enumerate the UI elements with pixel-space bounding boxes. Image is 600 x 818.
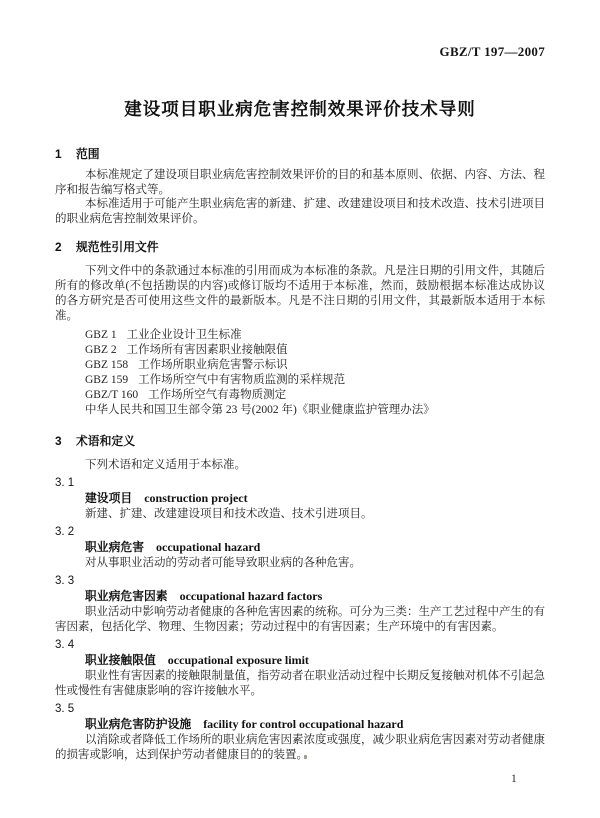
term-name-zh: 职业病危害防护设施 <box>85 717 191 731</box>
section-3-heading: 3术语和定义 <box>55 434 545 449</box>
reference-item: GBZ/T 160工作场所空气有毒物质测定 <box>55 388 545 403</box>
section-1-number: 1 <box>55 147 76 162</box>
reference-item: GBZ 158工作场所职业病危害警示标识 <box>55 358 545 373</box>
reference-list: GBZ 1工业企业设计卫生标准 GBZ 2工作场所有害因素职业接触限值 GBZ … <box>55 328 545 418</box>
term-number: 3. 3 <box>55 574 545 589</box>
section-2-title: 规范性引用文件 <box>76 240 159 254</box>
standard-code: GBZ/T 197—2007 <box>440 44 545 60</box>
reference-title: 工作场所有害因素职业接触限值 <box>127 344 288 356</box>
term-heading: 职业病危害因素occupational hazard factors <box>55 589 545 605</box>
term-name-en: occupational exposure limit <box>168 653 309 667</box>
reference-title: 工作场所空气有毒物质测定 <box>148 389 286 401</box>
reference-title: 《职业健康监护管理办法》 <box>297 404 435 416</box>
section-1-heading: 1范围 <box>55 147 545 162</box>
term-definition: 新建、扩建、改建建设项目和技术改造、技术引进项目。 <box>55 507 545 522</box>
section-2-heading: 2规范性引用文件 <box>55 240 545 255</box>
term-name-zh: 职业病危害因素 <box>85 589 168 603</box>
term-definition: 职业性有害因素的接触限制量值，指劳动者在职业活动过程中长期反复接触对机体不引起急… <box>55 669 545 699</box>
section-2-intro: 下列文件中的条款通过本标准的引用而成为本标准的条款。凡是注日期的引用文件，其随后… <box>55 264 545 324</box>
term-number: 3. 4 <box>55 638 545 653</box>
reference-code: 中华人民共和国卫生部令第 23 号(2002 年) <box>85 404 297 416</box>
section-1-paragraph-2: 本标准适用于可能产生职业病危害的新建、扩建、改建建设项目和技术改造、技术引进项目… <box>55 197 545 227</box>
reference-code: GBZ 2 <box>85 344 117 356</box>
term-heading: 建设项目construction project <box>55 491 545 507</box>
term-name-zh: 职业病危害 <box>85 540 144 554</box>
reference-item: GBZ 1工业企业设计卫生标准 <box>55 328 545 343</box>
section-1-paragraph-1: 本标准规定了建设项目职业病危害控制效果评价的目的和基本原则、依据、内容、方法、程… <box>55 168 545 198</box>
reference-code: GBZ 159 <box>85 374 128 386</box>
section-1-title: 范围 <box>76 147 100 161</box>
term-definition: 职业活动中影响劳动者健康的各种危害因素的统称。可分为三类：生产工艺过程中产生的有… <box>55 605 545 635</box>
term-name-zh: 职业接触限值 <box>85 653 156 667</box>
reference-item: GBZ 2工作场所有害因素职业接触限值 <box>55 343 545 358</box>
term-name-en: occupational hazard <box>156 540 260 554</box>
page-number: 1 <box>511 773 517 785</box>
reference-title: 工业企业设计卫生标准 <box>127 329 242 341</box>
term-name-en: facility for control occupational hazard <box>203 717 403 731</box>
term-heading: 职业病危害防护设施facility for control occupation… <box>55 717 545 733</box>
reference-item: GBZ 159工作场所空气中有害物质监测的采样规范 <box>55 373 545 388</box>
term-heading: 职业接触限值occupational exposure limit <box>55 653 545 669</box>
document-body: 1范围 本标准规定了建设项目职业病危害控制效果评价的目的和基本原则、依据、内容、… <box>55 145 545 763</box>
term-definition: 对从事职业活动的劳动者可能导致职业病的各种危害。 <box>55 556 545 571</box>
term-name-en: construction project <box>144 491 247 505</box>
section-3-number: 3 <box>55 434 76 449</box>
reference-code: GBZ 1 <box>85 329 117 341</box>
reference-code: GBZ/T 160 <box>85 389 138 401</box>
reference-title: 工作场所职业病危害警示标识 <box>138 359 288 371</box>
term-definition: 以消除或者降低工作场所的职业病危害因素浓度或强度，减少职业病危害因素对劳动者健康… <box>55 733 545 763</box>
term-heading: 职业病危害occupational hazard <box>55 540 545 556</box>
reference-title: 工作场所空气中有害物质监测的采样规范 <box>138 374 345 386</box>
reference-item: 中华人民共和国卫生部令第 23 号(2002 年)《职业健康监护管理办法》 <box>55 403 545 418</box>
term-name-en: occupational hazard factors <box>180 589 323 603</box>
reference-code: GBZ 158 <box>85 359 128 371</box>
document-title: 建设项目职业病危害控制效果评价技术导则 <box>0 96 600 121</box>
section-2-number: 2 <box>55 240 76 255</box>
term-number: 3. 2 <box>55 525 545 540</box>
term-number: 3. 1 <box>55 476 545 491</box>
scan-speckle <box>304 755 307 759</box>
term-name-zh: 建设项目 <box>85 491 132 505</box>
term-number: 3. 5 <box>55 702 545 717</box>
document-page: GBZ/T 197—2007 建设项目职业病危害控制效果评价技术导则 1范围 本… <box>0 0 600 818</box>
section-3-intro: 下列术语和定义适用于本标准。 <box>55 458 545 473</box>
section-3-title: 术语和定义 <box>76 434 135 448</box>
